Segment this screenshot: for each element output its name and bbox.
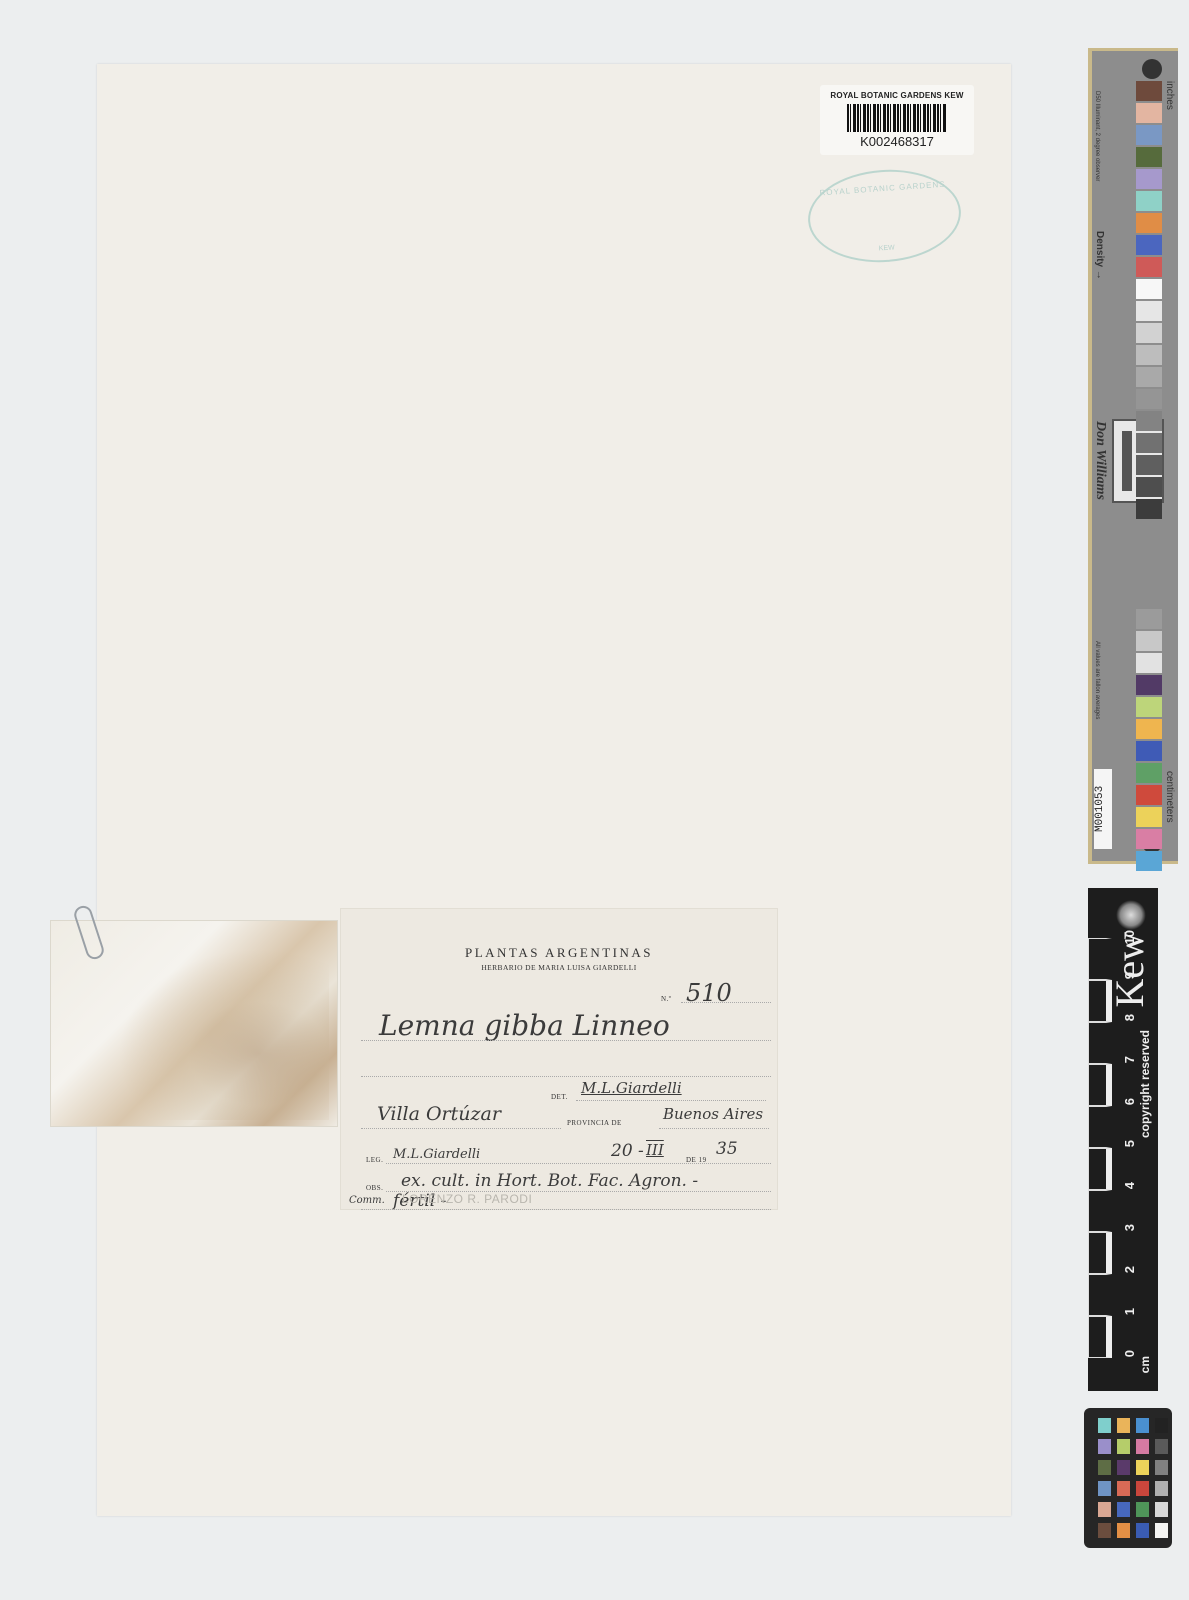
color-patch — [1136, 279, 1162, 299]
scale-number: 3 — [1122, 1224, 1138, 1231]
scale-segment — [1088, 938, 1112, 980]
color-swatch — [1117, 1460, 1130, 1475]
color-swatch — [1136, 1502, 1149, 1517]
scale-number: 6 — [1122, 1098, 1138, 1105]
color-swatch — [1155, 1418, 1168, 1433]
comm-label: Comm. — [349, 1195, 385, 1206]
communicator-stamp: LORENZO R. PARODI — [402, 1192, 532, 1206]
color-patch — [1136, 477, 1162, 497]
color-swatch — [1098, 1523, 1111, 1538]
dotted-line — [576, 1100, 766, 1101]
color-patch — [1136, 125, 1162, 145]
color-patch — [1136, 235, 1162, 255]
label-subtitle: HERBARIO DE MARIA LUISA GIARDELLI — [341, 963, 777, 972]
scale-segment — [1088, 1106, 1112, 1148]
label-title: PLANTAS ARGENTINAS — [341, 945, 777, 961]
color-swatch — [1136, 1418, 1149, 1433]
illuminant-note: D50 Illuminant, 2 degree observer — [1094, 91, 1100, 181]
scale-segment — [1088, 1190, 1112, 1232]
scale-segment — [1088, 1316, 1112, 1358]
provincia-label: PROVINCIA DE — [567, 1119, 622, 1127]
color-patch — [1136, 213, 1162, 233]
scale-segment — [1088, 1148, 1112, 1190]
color-patch — [1136, 631, 1162, 651]
color-patch — [1136, 741, 1162, 761]
color-swatch — [1155, 1439, 1168, 1454]
color-patch — [1136, 851, 1162, 871]
taxon-name: Lemna gibba Linneo — [379, 1009, 670, 1042]
barcode-image — [847, 104, 947, 132]
barcode-number: K002468317 — [820, 134, 974, 149]
color-swatch — [1117, 1502, 1130, 1517]
scale-number: 9 — [1122, 972, 1138, 979]
color-swatch — [1155, 1460, 1168, 1475]
scale-number: 0 — [1122, 1350, 1138, 1357]
color-patch — [1136, 433, 1162, 453]
color-swatch — [1098, 1481, 1111, 1496]
kew-crest-icon — [1116, 900, 1146, 930]
brand-name: Don Williams — [1092, 421, 1108, 500]
ruler-hole — [1142, 59, 1162, 79]
color-patch — [1136, 411, 1162, 431]
specimen-material — [94, 931, 329, 1120]
color-patch — [1136, 367, 1162, 387]
locality: Villa Ortúzar — [377, 1103, 501, 1125]
units-centimeters: centimeters — [1164, 771, 1175, 823]
color-swatch — [1136, 1439, 1149, 1454]
color-swatch — [1098, 1439, 1111, 1454]
color-swatch — [1098, 1418, 1111, 1433]
dotted-line — [681, 1002, 771, 1003]
color-swatch-grid — [1098, 1418, 1172, 1538]
herbarium-sheet — [97, 64, 1011, 1516]
copyright-text: copyright reserved — [1138, 1030, 1152, 1138]
color-patch — [1136, 807, 1162, 827]
scale-number: 4 — [1122, 1182, 1138, 1189]
specimen-label: PLANTAS ARGENTINAS HERBARIO DE MARIA LUI… — [340, 908, 778, 1210]
values-note: All values are fallon averages — [1094, 641, 1100, 719]
color-patch — [1136, 675, 1162, 695]
color-swatch — [1117, 1481, 1130, 1496]
collector: M.L.Giardelli — [393, 1147, 480, 1162]
density-label: Density → — [1094, 231, 1105, 280]
scale-number: 7 — [1122, 1056, 1138, 1063]
color-swatch — [1155, 1502, 1168, 1517]
kew-scale-bar: Kew Royal Botanic Gardens copyright rese… — [1088, 888, 1158, 1391]
color-patch — [1136, 147, 1162, 167]
color-patch — [1136, 301, 1162, 321]
scale-segment — [1088, 1274, 1112, 1316]
color-swatch — [1117, 1523, 1130, 1538]
color-patch — [1136, 609, 1162, 629]
dotted-line — [361, 1040, 771, 1041]
unit-label: cm — [1138, 1356, 1152, 1373]
scale-number: 1 — [1122, 1308, 1138, 1315]
units-inches: inches — [1164, 81, 1175, 110]
leg-label: LEG. — [366, 1156, 383, 1164]
barcode-label: ROYAL BOTANIC GARDENS KEW K002468317 — [820, 85, 974, 155]
color-swatch — [1117, 1439, 1130, 1454]
scale-segment — [1088, 1022, 1112, 1064]
color-patch — [1136, 345, 1162, 365]
color-checker-card — [1084, 1408, 1172, 1548]
color-patch — [1136, 719, 1162, 739]
determiner: M.L.Giardelli — [581, 1079, 682, 1097]
color-patch — [1136, 763, 1162, 783]
scale-segment — [1088, 980, 1112, 1022]
color-patch — [1136, 697, 1162, 717]
color-patch — [1136, 785, 1162, 805]
dotted-line — [386, 1163, 771, 1164]
collection-day: 20 - — [611, 1141, 644, 1161]
scale-segment — [1088, 1064, 1112, 1106]
scale-number: 8 — [1122, 1014, 1138, 1021]
color-swatch — [1155, 1523, 1168, 1538]
scale-number: 10 — [1122, 930, 1138, 944]
color-swatch — [1136, 1481, 1149, 1496]
collection-month: III — [646, 1141, 664, 1159]
collection-year: 35 — [716, 1139, 738, 1159]
det-label: DET. — [551, 1093, 568, 1101]
dotted-line — [659, 1128, 769, 1129]
color-swatch — [1155, 1481, 1168, 1496]
color-patch — [1136, 191, 1162, 211]
observation-line-1: ex. cult. in Hort. Bot. Fac. Agron. - — [401, 1171, 698, 1191]
ruler-id-label: M001053 — [1094, 769, 1112, 849]
institution-name: ROYAL BOTANIC GARDENS KEW — [820, 91, 974, 100]
color-swatch — [1098, 1502, 1111, 1517]
color-patch — [1136, 257, 1162, 277]
dotted-line — [361, 1209, 771, 1210]
obs-label: OBS. — [366, 1184, 383, 1192]
color-patch — [1136, 103, 1162, 123]
dotted-line — [361, 1076, 771, 1077]
color-density-ruler: inches centimeters Density → Don William… — [1088, 48, 1178, 864]
color-patch — [1136, 323, 1162, 343]
scale-number: 5 — [1122, 1140, 1138, 1147]
scale-number: 2 — [1122, 1266, 1138, 1273]
color-patch — [1136, 169, 1162, 189]
color-patches — [1136, 81, 1162, 873]
gray-bar — [1122, 431, 1132, 491]
color-patch — [1136, 499, 1162, 519]
color-swatch — [1136, 1523, 1149, 1538]
provincia-value: Buenos Aires — [663, 1105, 763, 1123]
color-patch — [1136, 829, 1162, 849]
color-patch — [1136, 81, 1162, 101]
scale-segment — [1088, 1232, 1112, 1274]
color-patch — [1136, 455, 1162, 475]
color-swatch — [1098, 1460, 1111, 1475]
number-label: N.º — [661, 995, 671, 1003]
color-patch — [1136, 389, 1162, 409]
color-swatch — [1136, 1460, 1149, 1475]
color-swatch — [1117, 1418, 1130, 1433]
color-patch — [1136, 653, 1162, 673]
dotted-line — [361, 1128, 561, 1129]
